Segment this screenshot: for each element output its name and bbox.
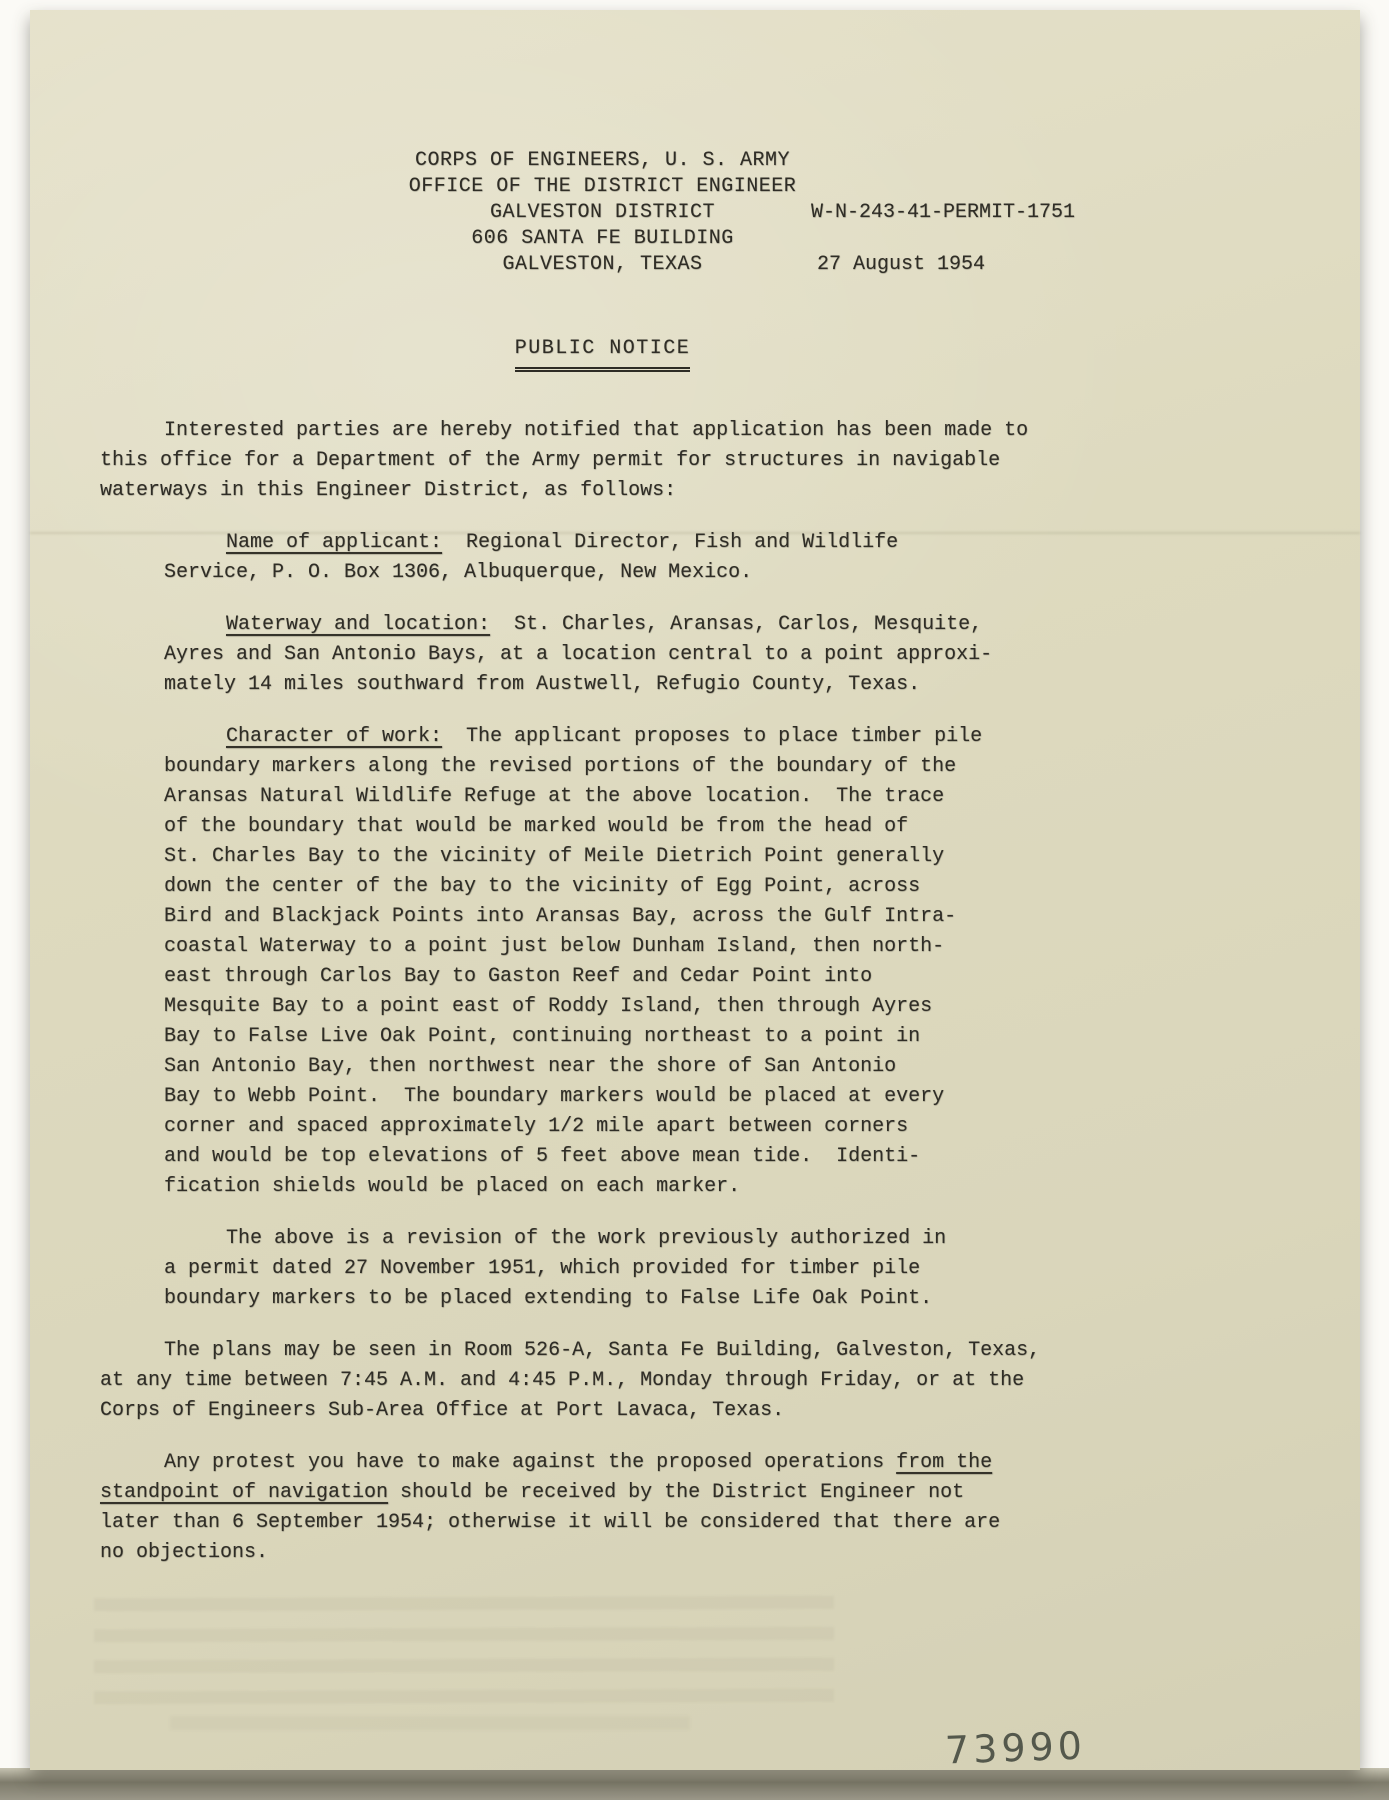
plans-text: The plans may be seen in Room 526-A, San… (100, 1339, 1040, 1422)
permit-number: W-N-243-41-PERMIT-1751 (811, 200, 1075, 226)
scan-bed-shadow (0, 1768, 1389, 1800)
letterhead-line-agency: CORPS OF ENGINEERS, U. S. ARMY (100, 148, 1105, 174)
waterway-label: Waterway and location: (226, 613, 490, 636)
document-body: CORPS OF ENGINEERS, U. S. ARMY OFFICE OF… (30, 10, 1360, 1770)
character-of-work-paragraph: Character of work: The applicant propose… (164, 722, 1105, 1202)
plans-paragraph: The plans may be seen in Room 526-A, San… (100, 1336, 1105, 1426)
notice-title-row: PUBLIC NOTICE (100, 334, 1105, 372)
document-page: CORPS OF ENGINEERS, U. S. ARMY OFFICE OF… (30, 10, 1360, 1770)
protest-text-start: Any protest you have to make against the… (164, 1451, 896, 1474)
applicant-paragraph: Name of applicant: Regional Director, Fi… (164, 528, 1105, 588)
catalog-number-handwritten: 73990 (944, 1724, 1086, 1773)
letterhead: CORPS OF ENGINEERS, U. S. ARMY OFFICE OF… (100, 148, 1105, 278)
waterway-paragraph: Waterway and location: St. Charles, Aran… (164, 610, 1105, 700)
character-of-work-label: Character of work: (226, 725, 442, 748)
applicant-label: Name of applicant: (226, 531, 442, 554)
letterhead-line-building: 606 SANTA FE BUILDING (100, 226, 1105, 252)
scanned-document: CORPS OF ENGINEERS, U. S. ARMY OFFICE OF… (0, 0, 1389, 1800)
notice-title: PUBLIC NOTICE (515, 334, 691, 372)
intro-text: Interested parties are hereby notified t… (100, 419, 1028, 502)
revision-text: The above is a revision of the work prev… (164, 1227, 946, 1310)
notice-date: 27 August 1954 (817, 252, 985, 278)
letterhead-line-office: OFFICE OF THE DISTRICT ENGINEER (100, 174, 1105, 200)
character-of-work-text: The applicant proposes to place timber p… (164, 725, 982, 1198)
intro-paragraph: Interested parties are hereby notified t… (100, 416, 1105, 506)
revision-paragraph: The above is a revision of the work prev… (164, 1224, 1105, 1314)
protest-paragraph: Any protest you have to make against the… (100, 1448, 1105, 1568)
